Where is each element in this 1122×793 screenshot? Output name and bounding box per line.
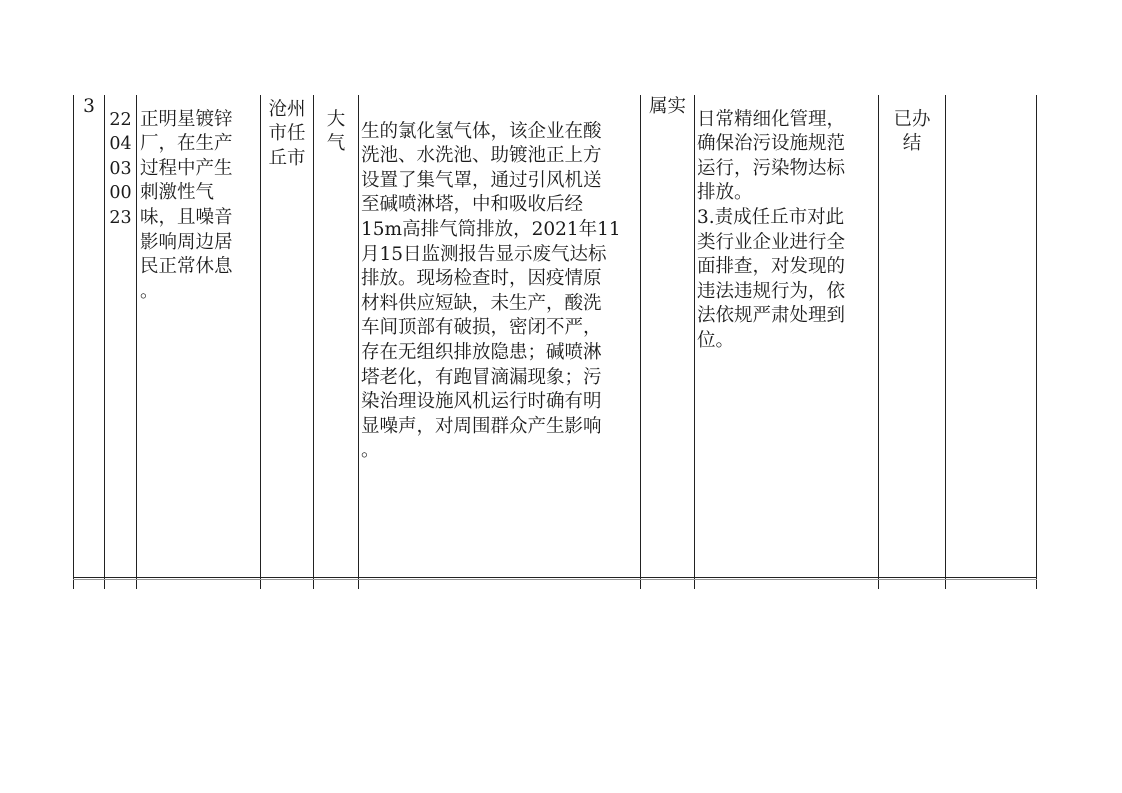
row-bottom-border-secondary xyxy=(73,579,1037,580)
investigation-text: 生的氯化氢气体，该企业在酸 洗池、水洗池、助镀池正上方 设置了集气罩，通过引风机… xyxy=(361,120,639,464)
col-border xyxy=(358,95,359,589)
status: 已办 结 xyxy=(879,108,945,157)
cell-region: 沧州 市任 丘市 xyxy=(261,95,313,196)
row-index: 3 xyxy=(74,95,104,120)
verdict: 属实 xyxy=(641,95,694,120)
cell-pollution-type: 大 气 xyxy=(314,95,358,181)
document-page: 3 22 04 03 00 23 正明星镀锌 厂，在生产 过程中产生 刺激性气 … xyxy=(0,0,1122,793)
cell-case-number: 22 04 03 00 23 xyxy=(105,95,136,255)
col-border xyxy=(136,95,137,589)
case-number: 22 04 03 00 23 xyxy=(105,108,136,231)
cell-complaint: 正明星镀锌 厂，在生产 过程中产生 刺激性气 味，且噪音 影响周边居 民正常休息… xyxy=(140,95,258,329)
cell-investigation: 生的氯化氢气体，该企业在酸 洗池、水洗池、助镀池正上方 设置了集气罩，通过引风机… xyxy=(361,95,639,489)
complaint-text: 正明星镀锌 厂，在生产 过程中产生 刺激性气 味，且噪音 影响周边居 民正常休息… xyxy=(140,108,258,305)
col-border xyxy=(640,95,641,589)
administrative-region: 沧州 市任 丘市 xyxy=(261,98,313,172)
col-border xyxy=(1036,95,1037,589)
col-border xyxy=(945,95,946,589)
col-border xyxy=(694,95,695,589)
cell-status: 已办 结 xyxy=(879,95,945,181)
row-bottom-border xyxy=(73,577,1037,578)
handling-text: 日常精细化管理， 确保治污设施规范 运行，污染物达标 排放。 3.责成任丘市对此… xyxy=(697,108,877,354)
cell-verdict: 属实 xyxy=(641,95,694,120)
pollution-type: 大 气 xyxy=(314,108,358,157)
cell-index: 3 xyxy=(74,95,104,120)
cell-handling: 日常精细化管理， 确保治污设施规范 运行，污染物达标 排放。 3.责成任丘市对此… xyxy=(697,95,877,378)
col-border xyxy=(73,95,74,589)
